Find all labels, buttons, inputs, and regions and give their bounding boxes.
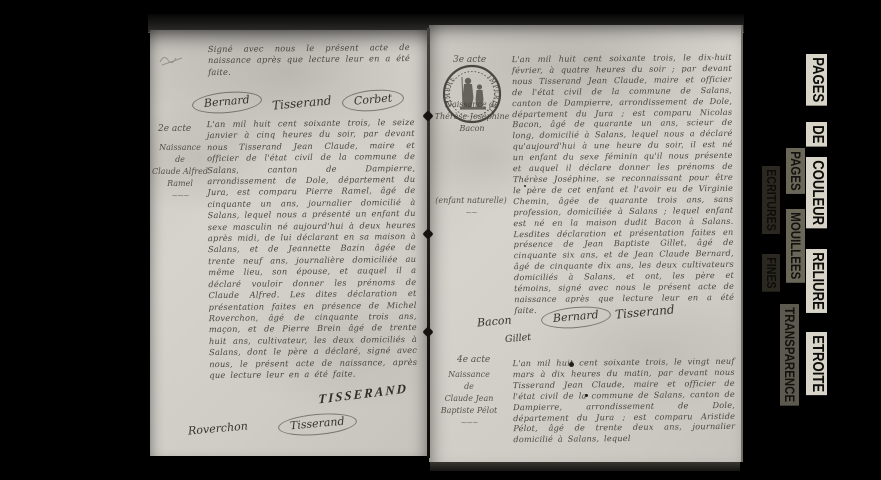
label-word: FINES — [763, 254, 781, 292]
label-word: PAGES — [786, 148, 805, 194]
signature: Tisserand — [277, 411, 357, 439]
overstamp-signature: Tisserand — [318, 380, 408, 407]
act1-closing-text: Signé avec nous le présent acte de naiss… — [208, 42, 410, 78]
act2-margin-label: 2e acte — [158, 124, 191, 134]
ink-speck — [524, 185, 526, 187]
label-word: MOUILLEES — [786, 209, 805, 283]
margin-note-line: (enfant naturelle) — [431, 195, 511, 207]
pencil-squiggle — [158, 52, 188, 68]
right-page: 3e acte TIMBRE IMPÉRIAL Naissance de T — [429, 25, 741, 462]
archive-label-pages-de-couleur-reliure-etroite: PAGES DE COULEUR RELIURE ETROITE — [805, 54, 829, 344]
label-word: TRANSPARENCE — [780, 304, 799, 405]
act4-margin-label: 4e acte — [457, 355, 490, 365]
act2-margin-note: Naissance de Claude Alfred Ramel ~~~ — [150, 142, 210, 202]
margin-flourish: ~~~ — [429, 417, 509, 429]
margin-note-line: Naissance de — [429, 99, 515, 111]
margin-note-line: Ramel — [150, 178, 210, 190]
label-word: PAGES — [807, 54, 828, 106]
signature: Bernard — [191, 89, 262, 116]
signature: Roverchon — [188, 419, 249, 437]
label-word: ECRITURES — [763, 166, 781, 234]
act4-margin-note: Naissance de Claude Jean Baptiste Pélot … — [429, 369, 509, 429]
ink-speck — [585, 394, 588, 397]
margin-flourish: ~~ — [431, 207, 511, 219]
act4-body-text: L'an mil huit cent soixante trois, le vi… — [513, 356, 736, 446]
margin-note-line: Thérèse Joséphine — [429, 111, 515, 123]
label-word: ETROITE — [807, 332, 828, 395]
act3-body-text: L'an mil huit cent soixante trois, le di… — [512, 52, 735, 316]
act2-body-text: L'an mil huit cent soixante trois, le se… — [207, 117, 418, 382]
archive-label-ecritures-fines: ECRITURES FINES — [762, 166, 781, 334]
margin-note-line: Baptiste Pélot — [429, 405, 509, 417]
margin-note-line: Naissance — [429, 369, 509, 381]
margin-flourish: ~~~ — [150, 190, 210, 202]
margin-note-line: Claude Jean — [429, 393, 509, 405]
archive-label-pages-mouillees-transparence: PAGES MOUILLEES TRANSPARENCE — [785, 148, 806, 443]
label-word: COULEUR — [807, 157, 828, 228]
margin-note-line: Bacon — [429, 123, 515, 135]
act3-margin-subnote: (enfant naturelle) ~~ — [431, 195, 511, 219]
label-word: RELIURE — [807, 249, 828, 313]
ink-speck — [569, 362, 574, 367]
act3-margin-note: Naissance de Thérèse Joséphine Bacon — [429, 99, 515, 135]
margin-note-line: Claude Alfred — [150, 166, 210, 178]
left-page: Signé avec nous le présent acte de naiss… — [150, 30, 428, 456]
margin-note-line: de — [150, 154, 210, 166]
microfilm-scan-viewport: Signé avec nous le présent acte de naiss… — [0, 0, 881, 480]
signature: Tisserand — [272, 93, 333, 112]
signature: Corbet — [341, 87, 405, 113]
margin-note-line: de — [429, 381, 509, 393]
label-word: DE — [807, 122, 828, 147]
margin-note-line: Naissance — [150, 142, 210, 154]
binding-gutter — [427, 28, 430, 458]
signature: Gillet — [505, 332, 532, 345]
signature: Bacon — [476, 314, 512, 330]
